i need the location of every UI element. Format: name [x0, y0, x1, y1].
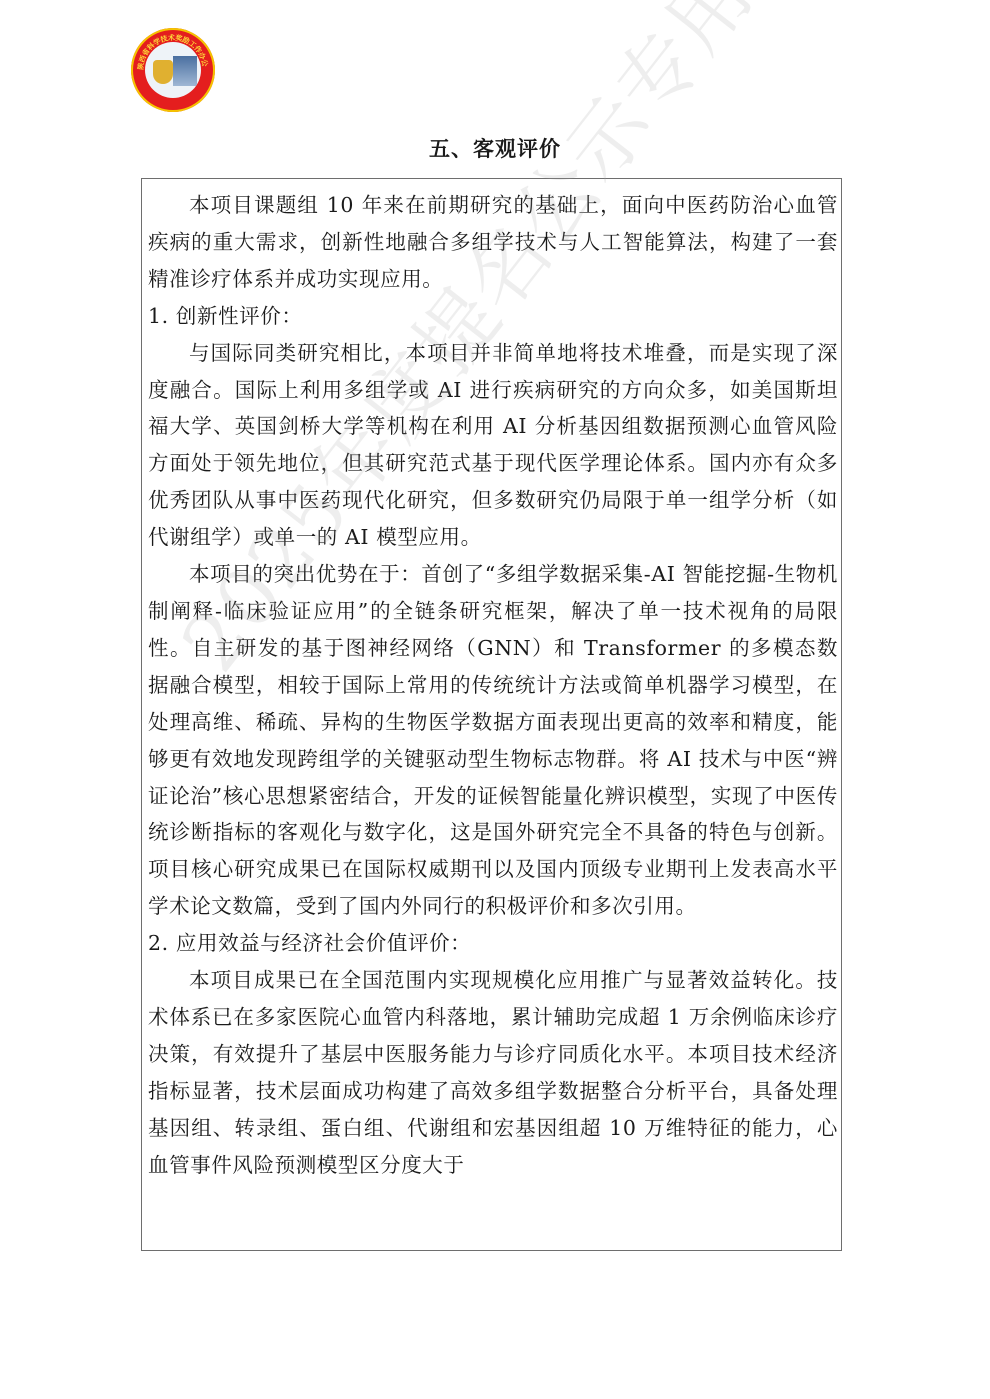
innovation-paragraph-2: 本项目的突出优势在于：首创了“多组学数据采集-AI 智能挖掘-生物机制阐释-临床…: [148, 556, 838, 925]
evaluation-text: 本项目课题组 10 年来在前期研究的基础上，面向中医药防治心血管疾病的重大需求，…: [148, 187, 838, 1183]
innovation-heading: 1. 创新性评价：: [148, 298, 838, 335]
innovation-paragraph-1: 与国际同类研究相比，本项目并非简单地将技术堆叠，而是实现了深度融合。国际上利用多…: [148, 335, 838, 556]
organization-seal-logo: 陕西省科学技术奖励工作办公室: [131, 28, 215, 112]
benefit-paragraph: 本项目成果已在全国范围内实现规模化应用推广与显著效益转化。技术体系已在多家医院心…: [148, 962, 838, 1183]
section-title: 五、客观评价: [0, 133, 990, 163]
benefit-heading: 2. 应用效益与经济社会价值评价：: [148, 925, 838, 962]
intro-paragraph: 本项目课题组 10 年来在前期研究的基础上，面向中医药防治心血管疾病的重大需求，…: [148, 187, 838, 298]
seal-ring-text: 陕西省科学技术奖励工作办公室: [131, 28, 215, 112]
svg-text:陕西省科学技术奖励工作办公室: 陕西省科学技术奖励工作办公室: [131, 28, 209, 70]
evaluation-content-box: 本项目课题组 10 年来在前期研究的基础上，面向中医药防治心血管疾病的重大需求，…: [141, 178, 842, 1251]
